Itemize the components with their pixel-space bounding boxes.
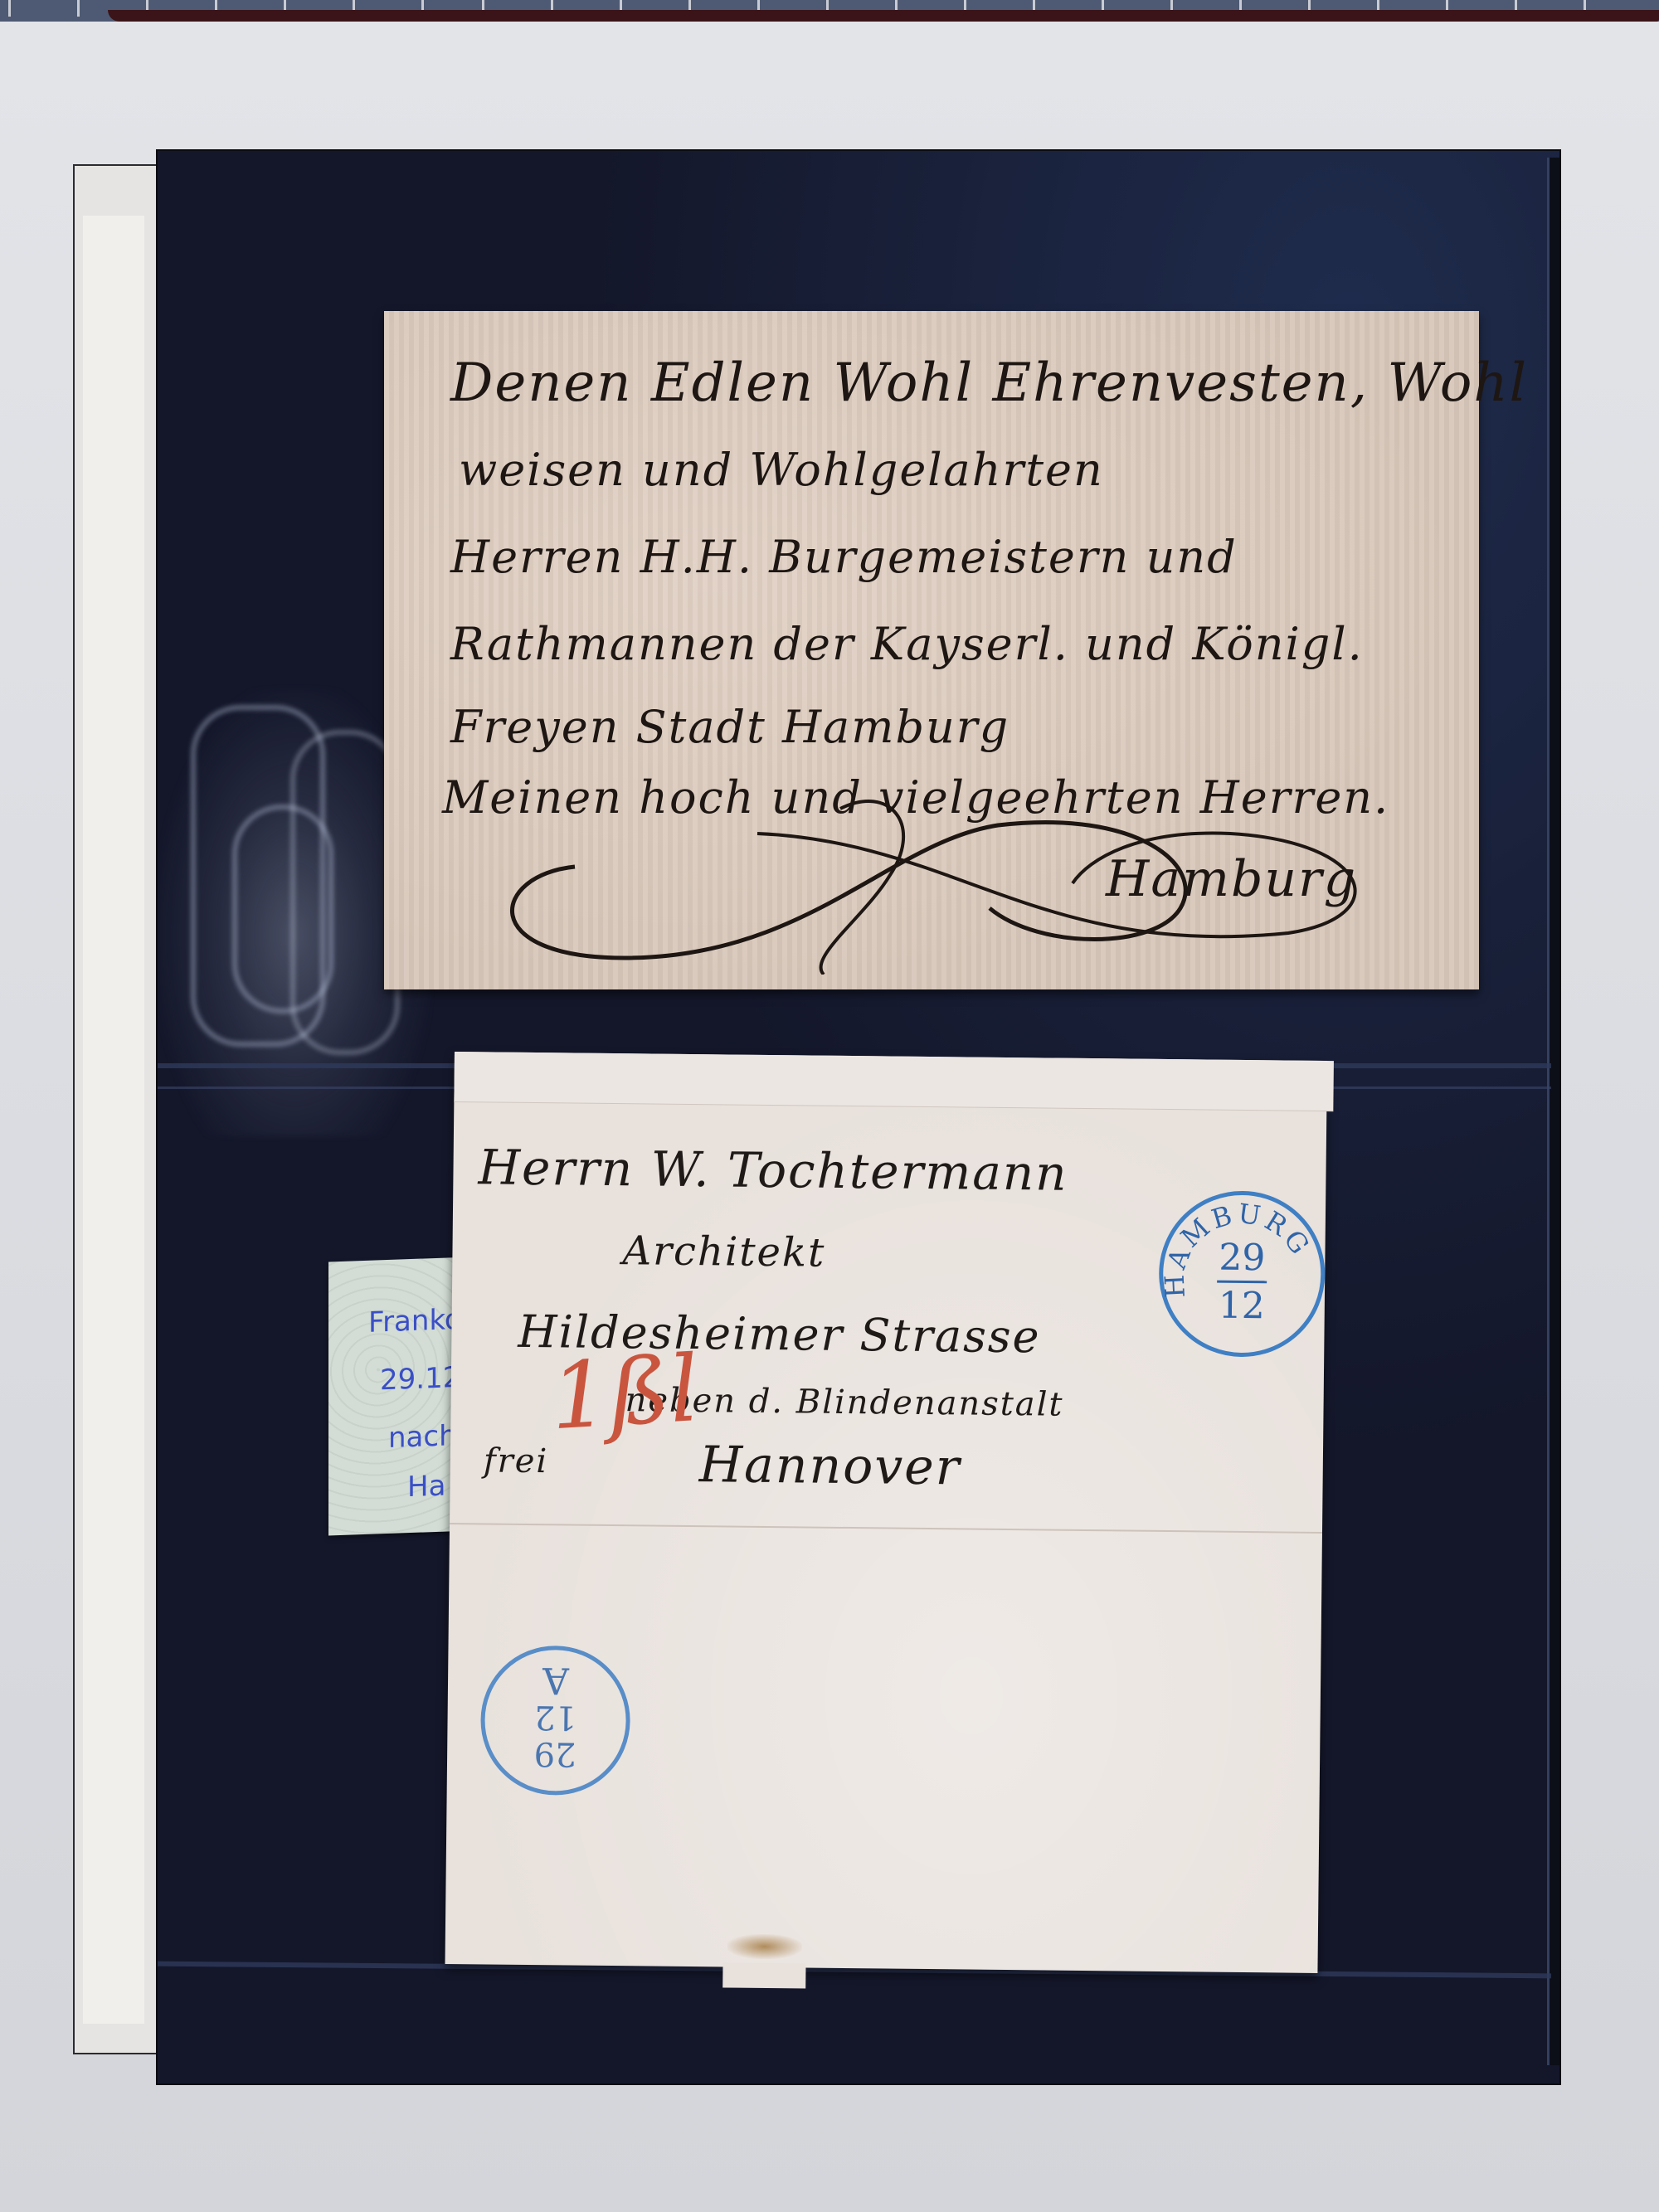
note-line: nach [388, 1419, 457, 1455]
wax-seal-remnant [727, 1934, 802, 1960]
letter-cover-lower: Herrn W. Tochtermann Architekt Hildeshei… [445, 1052, 1326, 1973]
address-line: weisen und Wohlgelahrten [459, 444, 1104, 496]
letter-cover-upper: Denen Edlen Wohl Ehrenvesten, Wohl weise… [384, 311, 1479, 989]
address-line: Freyen Stadt Hamburg [450, 701, 1010, 753]
postmark-month: 12 [484, 1697, 625, 1737]
address-line: Hannover [698, 1436, 961, 1496]
address-line: Architekt [622, 1228, 825, 1276]
note-line: Ha [407, 1470, 445, 1505]
address-line: Denen Edlen Wohl Ehrenvesten, Wohl [450, 352, 1528, 414]
album-edge [108, 10, 1659, 22]
address-line: Herrn W. Tochtermann [478, 1139, 1068, 1201]
protective-sheet-inner [83, 216, 144, 2024]
postmark-letter: A [485, 1658, 627, 1702]
postmark-day: 29 [484, 1733, 625, 1773]
cover-flap [454, 1052, 1334, 1111]
hamburg-postmark: HAMBURG 29 12 [1158, 1190, 1326, 1358]
cover-fold-line [450, 1523, 1322, 1534]
arrival-postmark: 29 12 A [480, 1645, 631, 1796]
postmark-divider [1217, 1281, 1267, 1284]
address-line: Herren H.H. Burgemeistern und [450, 531, 1238, 583]
postmark-month: 12 [1163, 1284, 1321, 1328]
signature-text: Hamburg [1106, 850, 1357, 908]
red-rate-mark: 1ßl [547, 1335, 702, 1450]
postmark-day: 29 [1163, 1236, 1321, 1280]
stock-page-edge [1547, 158, 1559, 2065]
cover-tab [722, 1962, 805, 1988]
note-line: 29.12 [380, 1361, 460, 1397]
note-line: Franko [368, 1303, 462, 1339]
address-line: Rathmannen der Kayserl. und Königl. [450, 618, 1364, 670]
franco-mark: frei [484, 1441, 549, 1480]
